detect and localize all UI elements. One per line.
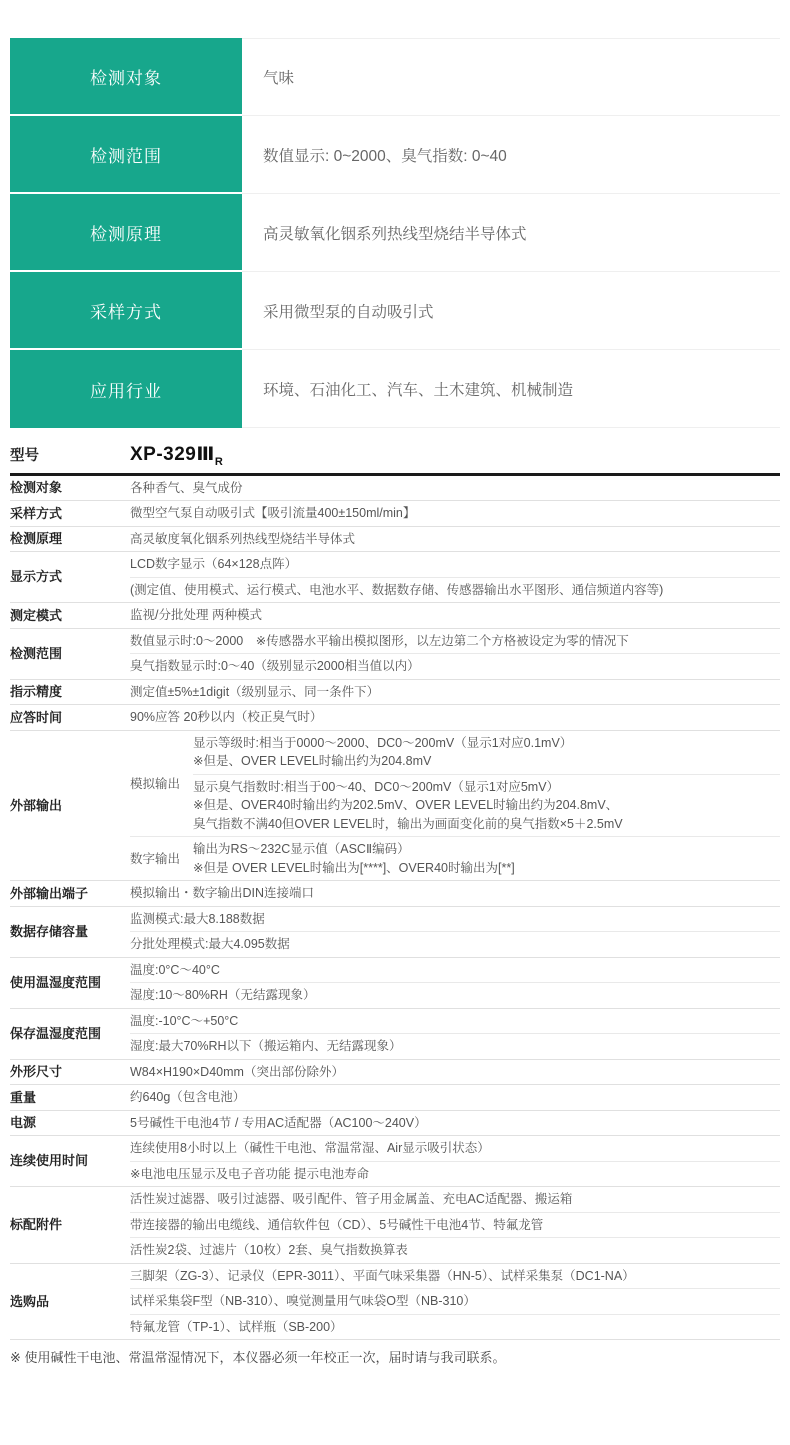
spec-value-line: ※电池电压显示及电子音功能 提示电池寿命 [130,1162,780,1187]
spec-value-line: 数值显示时:0～2000 ※传感器水平输出模拟图形，以左边第二个方格被设定为零的… [130,629,780,655]
spec-value-line: 模拟输出・数字输出DIN连接端口 [130,881,780,906]
spec-row-value: LCD数字显示（64×128点阵）(测定值、使用模式、运行模式、电池水平、数据数… [130,552,780,602]
spec-value-line: 温度:0°C～40°C [130,958,780,984]
spec-row-label: 检测范围 [10,629,130,679]
feature-value: 高灵敏氧化铟系列热线型烧结半导体式 [242,194,780,272]
spec-value-line: 温度:-10°C～+50°C [130,1009,780,1035]
spec-row-value: 连续使用8小时以上（碱性干电池、常温常湿、Air显示吸引状态）※电池电压显示及电… [130,1136,780,1186]
spec-row-6: 指示精度测定值±5%±1digit（级别显示、同一条件下） [10,680,780,706]
spec-row-4: 测定模式监视/分批处理 两种模式 [10,603,780,629]
spec-row-value: 90%应答 20秒以内（校正臭气时） [130,705,780,730]
spec-row-label: 数据存储容量 [10,907,130,957]
spec-value-line: 约640g（包含电池） [130,1085,780,1110]
nested-group: 数字输出输出为RS～232C显示值（ASCⅡ编码）※但是 OVER LEVEL时… [130,837,780,880]
nested-block-line: 显示臭气指数时:相当于00～40、DC0～200mV（显示1对应5mV） [193,778,780,797]
spec-row-7: 应答时间90%应答 20秒以内（校正臭气时） [10,705,780,731]
feature-label: 检测原理 [10,194,242,272]
spec-row-label: 外部输出 [10,731,130,881]
spec-row-value: 高灵敏度氧化铟系列热线型烧结半导体式 [130,527,780,552]
feature-row-4: 应用行业环境、石油化工、汽车、土木建筑、机械制造 [10,350,780,428]
spec-row-1: 采样方式微型空气泵自动吸引式【吸引流量400±150ml/min】 [10,501,780,527]
feature-row-1: 检测范围数值显示: 0~2000、臭气指数: 0~40 [10,116,780,194]
spec-row-10: 数据存储容量监测模式:最大8.188数据分批处理模式:最大4.095数据 [10,907,780,958]
spec-table-body: 检测对象各种香气、臭气成份采样方式微型空气泵自动吸引式【吸引流量400±150m… [10,476,780,1341]
nested-group: 模拟输出显示等级时:相当于0000～2000、DC0～200mV（显示1对应0.… [130,731,780,838]
spec-row-label: 外部输出端子 [10,881,130,906]
spec-row-9: 外部输出端子模拟输出・数字输出DIN连接端口 [10,881,780,907]
spec-row-label: 连续使用时间 [10,1136,130,1186]
spec-row-label: 使用温湿度范围 [10,958,130,1008]
nested-block-line: ※但是、OVER LEVEL时输出约为204.8mV [193,752,780,771]
spec-row-value: 监测模式:最大8.188数据分批处理模式:最大4.095数据 [130,907,780,957]
model-number: XP-329ⅢR [130,443,223,468]
spec-row-0: 检测对象各种香气、臭气成份 [10,476,780,502]
spec-row-label: 检测对象 [10,476,130,501]
spec-value-line: 监测模式:最大8.188数据 [130,907,780,933]
spec-row-value: 温度:0°C～40°C湿度:10～80%RH（无结露现象） [130,958,780,1008]
spec-row-value: 各种香气、臭气成份 [130,476,780,501]
spec-row-2: 检测原理高灵敏度氧化铟系列热线型烧结半导体式 [10,527,780,553]
nested-block-line: 显示等级时:相当于0000～2000、DC0～200mV（显示1对应0.1mV） [193,734,780,753]
spec-value-line: (测定值、使用模式、运行模式、电池水平、数据数存储、传感器输出水平图形、通信频道… [130,578,780,603]
spec-value-line: 微型空气泵自动吸引式【吸引流量400±150ml/min】 [130,501,780,526]
feature-value: 气味 [242,38,780,116]
spec-row-label: 采样方式 [10,501,130,526]
spec-row-label: 显示方式 [10,552,130,602]
spec-row-17: 标配附件活性炭过滤器、吸引过滤器、吸引配件、管子用金属盖、充电AC适配器、搬运箱… [10,1187,780,1264]
spec-table-header: 型号 XP-329ⅢR [10,441,780,476]
spec-value-line: LCD数字显示（64×128点阵） [130,552,780,578]
spec-row-value: 约640g（包含电池） [130,1085,780,1110]
nested-block: 显示等级时:相当于0000～2000、DC0～200mV（显示1对应0.1mV）… [193,731,780,775]
model-number-subscript: R [215,456,223,468]
spec-row-value: 5号碱性干电池4节 / 专用AC适配器（AC100～240V） [130,1111,780,1136]
spec-value-line: W84×H190×D40mm（突出部份除外） [130,1060,780,1085]
spec-row-label: 应答时间 [10,705,130,730]
feature-value: 环境、石油化工、汽车、土木建筑、机械制造 [242,350,780,428]
spec-row-3: 显示方式LCD数字显示（64×128点阵）(测定值、使用模式、运行模式、电池水平… [10,552,780,603]
spec-row-value: 模拟输出显示等级时:相当于0000～2000、DC0～200mV（显示1对应0.… [130,731,780,881]
nested-block-line: 臭气指数不满40但OVER LEVEL时，输出为画面变化前的臭气指数×5＋2.5… [193,815,780,834]
spec-row-label: 选购品 [10,1264,130,1340]
spec-row-label: 测定模式 [10,603,130,628]
spec-row-label: 指示精度 [10,680,130,705]
nested-sublabel: 模拟输出 [130,731,193,837]
feature-row-3: 采样方式采用微型泵的自动吸引式 [10,272,780,350]
nested-block: 输出为RS～232C显示值（ASCⅡ编码）※但是 OVER LEVEL时输出为[… [193,837,780,880]
spec-value-line: 带连接器的输出电缆线、通信软件包（CD）、5号碱性干电池4节、特氟龙管 [130,1213,780,1239]
spec-row-value: 模拟输出・数字输出DIN连接端口 [130,881,780,906]
model-label: 型号 [10,444,130,465]
spec-value-line: 三脚架（ZG-3）、记录仪（EPR-3011）、平面气味采集器（HN-5）、试样… [130,1264,780,1290]
calibration-footnote: ※ 使用碱性干电池、常温常湿情况下，本仪器必须一年校正一次，届时请与我司联系。 [10,1349,780,1367]
spec-value-line: 湿度:最大70%RH以下（搬运箱内、无结露现象） [130,1034,780,1059]
spec-value-line: 分批处理模式:最大4.095数据 [130,932,780,957]
spec-row-value: 监视/分批处理 两种模式 [130,603,780,628]
spec-value-line: 特氟龙管（TP-1）、试样瓶（SB-200） [130,1315,780,1340]
feature-strip: 检测对象气味检测范围数值显示: 0~2000、臭气指数: 0~40检测原理高灵敏… [10,38,780,428]
nested-blocks: 输出为RS～232C显示值（ASCⅡ编码）※但是 OVER LEVEL时输出为[… [193,837,780,880]
nested-blocks: 显示等级时:相当于0000～2000、DC0～200mV（显示1对应0.1mV）… [193,731,780,837]
spec-row-15: 电源5号碱性干电池4节 / 专用AC适配器（AC100～240V） [10,1111,780,1137]
spec-row-5: 检测范围数值显示时:0～2000 ※传感器水平输出模拟图形，以左边第二个方格被设… [10,629,780,680]
feature-label: 检测范围 [10,116,242,194]
spec-value-line: 各种香气、臭气成份 [130,476,780,501]
spec-value-line: 臭气指数显示时:0～40（级别显示2000相当值以内） [130,654,780,679]
model-number-text: XP-329Ⅲ [130,444,215,465]
product-spec-page: 检测对象气味检测范围数值显示: 0~2000、臭气指数: 0~40检测原理高灵敏… [0,0,790,1387]
feature-label: 应用行业 [10,350,242,428]
spec-value-line: 测定值±5%±1digit（级别显示、同一条件下） [130,680,780,705]
nested-block-line: ※但是、OVER40时输出约为202.5mV、OVER LEVEL时输出约为20… [193,796,780,815]
spec-value-line: 监视/分批处理 两种模式 [130,603,780,628]
spec-row-12: 保存温湿度范围温度:-10°C～+50°C湿度:最大70%RH以下（搬运箱内、无… [10,1009,780,1060]
spec-row-label: 外形尺寸 [10,1060,130,1085]
spec-value-line: 试样采集袋F型（NB-310）、嗅觉测量用气味袋O型（NB-310） [130,1289,780,1315]
spec-row-label: 标配附件 [10,1187,130,1263]
feature-label: 采样方式 [10,272,242,350]
spec-row-label: 电源 [10,1111,130,1136]
spec-row-value: W84×H190×D40mm（突出部份除外） [130,1060,780,1085]
spec-row-value: 测定值±5%±1digit（级别显示、同一条件下） [130,680,780,705]
spec-row-14: 重量约640g（包含电池） [10,1085,780,1111]
spec-row-18: 选购品三脚架（ZG-3）、记录仪（EPR-3011）、平面气味采集器（HN-5）… [10,1264,780,1341]
spec-row-16: 连续使用时间连续使用8小时以上（碱性干电池、常温常湿、Air显示吸引状态）※电池… [10,1136,780,1187]
nested-block-line: ※但是 OVER LEVEL时输出为[****]、OVER40时输出为[**] [193,859,780,878]
nested-block-line: 输出为RS～232C显示值（ASCⅡ编码） [193,840,780,859]
spec-row-value: 微型空气泵自动吸引式【吸引流量400±150ml/min】 [130,501,780,526]
spec-row-value: 三脚架（ZG-3）、记录仪（EPR-3011）、平面气味采集器（HN-5）、试样… [130,1264,780,1340]
spec-row-11: 使用温湿度范围温度:0°C～40°C湿度:10～80%RH（无结露现象） [10,958,780,1009]
spec-row-13: 外形尺寸W84×H190×D40mm（突出部份除外） [10,1060,780,1086]
feature-value: 采用微型泵的自动吸引式 [242,272,780,350]
feature-label: 检测对象 [10,38,242,116]
nested-block: 显示臭气指数时:相当于00～40、DC0～200mV（显示1对应5mV）※但是、… [193,775,780,837]
spec-table: 型号 XP-329ⅢR 检测对象各种香气、臭气成份采样方式微型空气泵自动吸引式【… [10,441,780,1367]
spec-row-label: 检测原理 [10,527,130,552]
spec-row-value: 温度:-10°C～+50°C湿度:最大70%RH以下（搬运箱内、无结露现象） [130,1009,780,1059]
feature-row-2: 检测原理高灵敏氧化铟系列热线型烧结半导体式 [10,194,780,272]
spec-row-label: 重量 [10,1085,130,1110]
spec-value-line: 连续使用8小时以上（碱性干电池、常温常湿、Air显示吸引状态） [130,1136,780,1162]
spec-value-line: 湿度:10～80%RH（无结露现象） [130,983,780,1008]
spec-row-label: 保存温湿度范围 [10,1009,130,1059]
feature-value: 数值显示: 0~2000、臭气指数: 0~40 [242,116,780,194]
feature-row-0: 检测对象气味 [10,38,780,116]
spec-row-8: 外部输出模拟输出显示等级时:相当于0000～2000、DC0～200mV（显示1… [10,731,780,882]
spec-value-line: 活性炭过滤器、吸引过滤器、吸引配件、管子用金属盖、充电AC适配器、搬运箱 [130,1187,780,1213]
spec-value-line: 5号碱性干电池4节 / 专用AC适配器（AC100～240V） [130,1111,780,1136]
spec-row-value: 活性炭过滤器、吸引过滤器、吸引配件、管子用金属盖、充电AC适配器、搬运箱带连接器… [130,1187,780,1263]
spec-row-value: 数值显示时:0～2000 ※传感器水平输出模拟图形，以左边第二个方格被设定为零的… [130,629,780,679]
spec-value-line: 90%应答 20秒以内（校正臭气时） [130,705,780,730]
spec-value-line: 活性炭2袋、过滤片（10枚）2套、臭气指数换算表 [130,1238,780,1263]
spec-value-line: 高灵敏度氧化铟系列热线型烧结半导体式 [130,527,780,552]
nested-sublabel: 数字输出 [130,837,193,880]
